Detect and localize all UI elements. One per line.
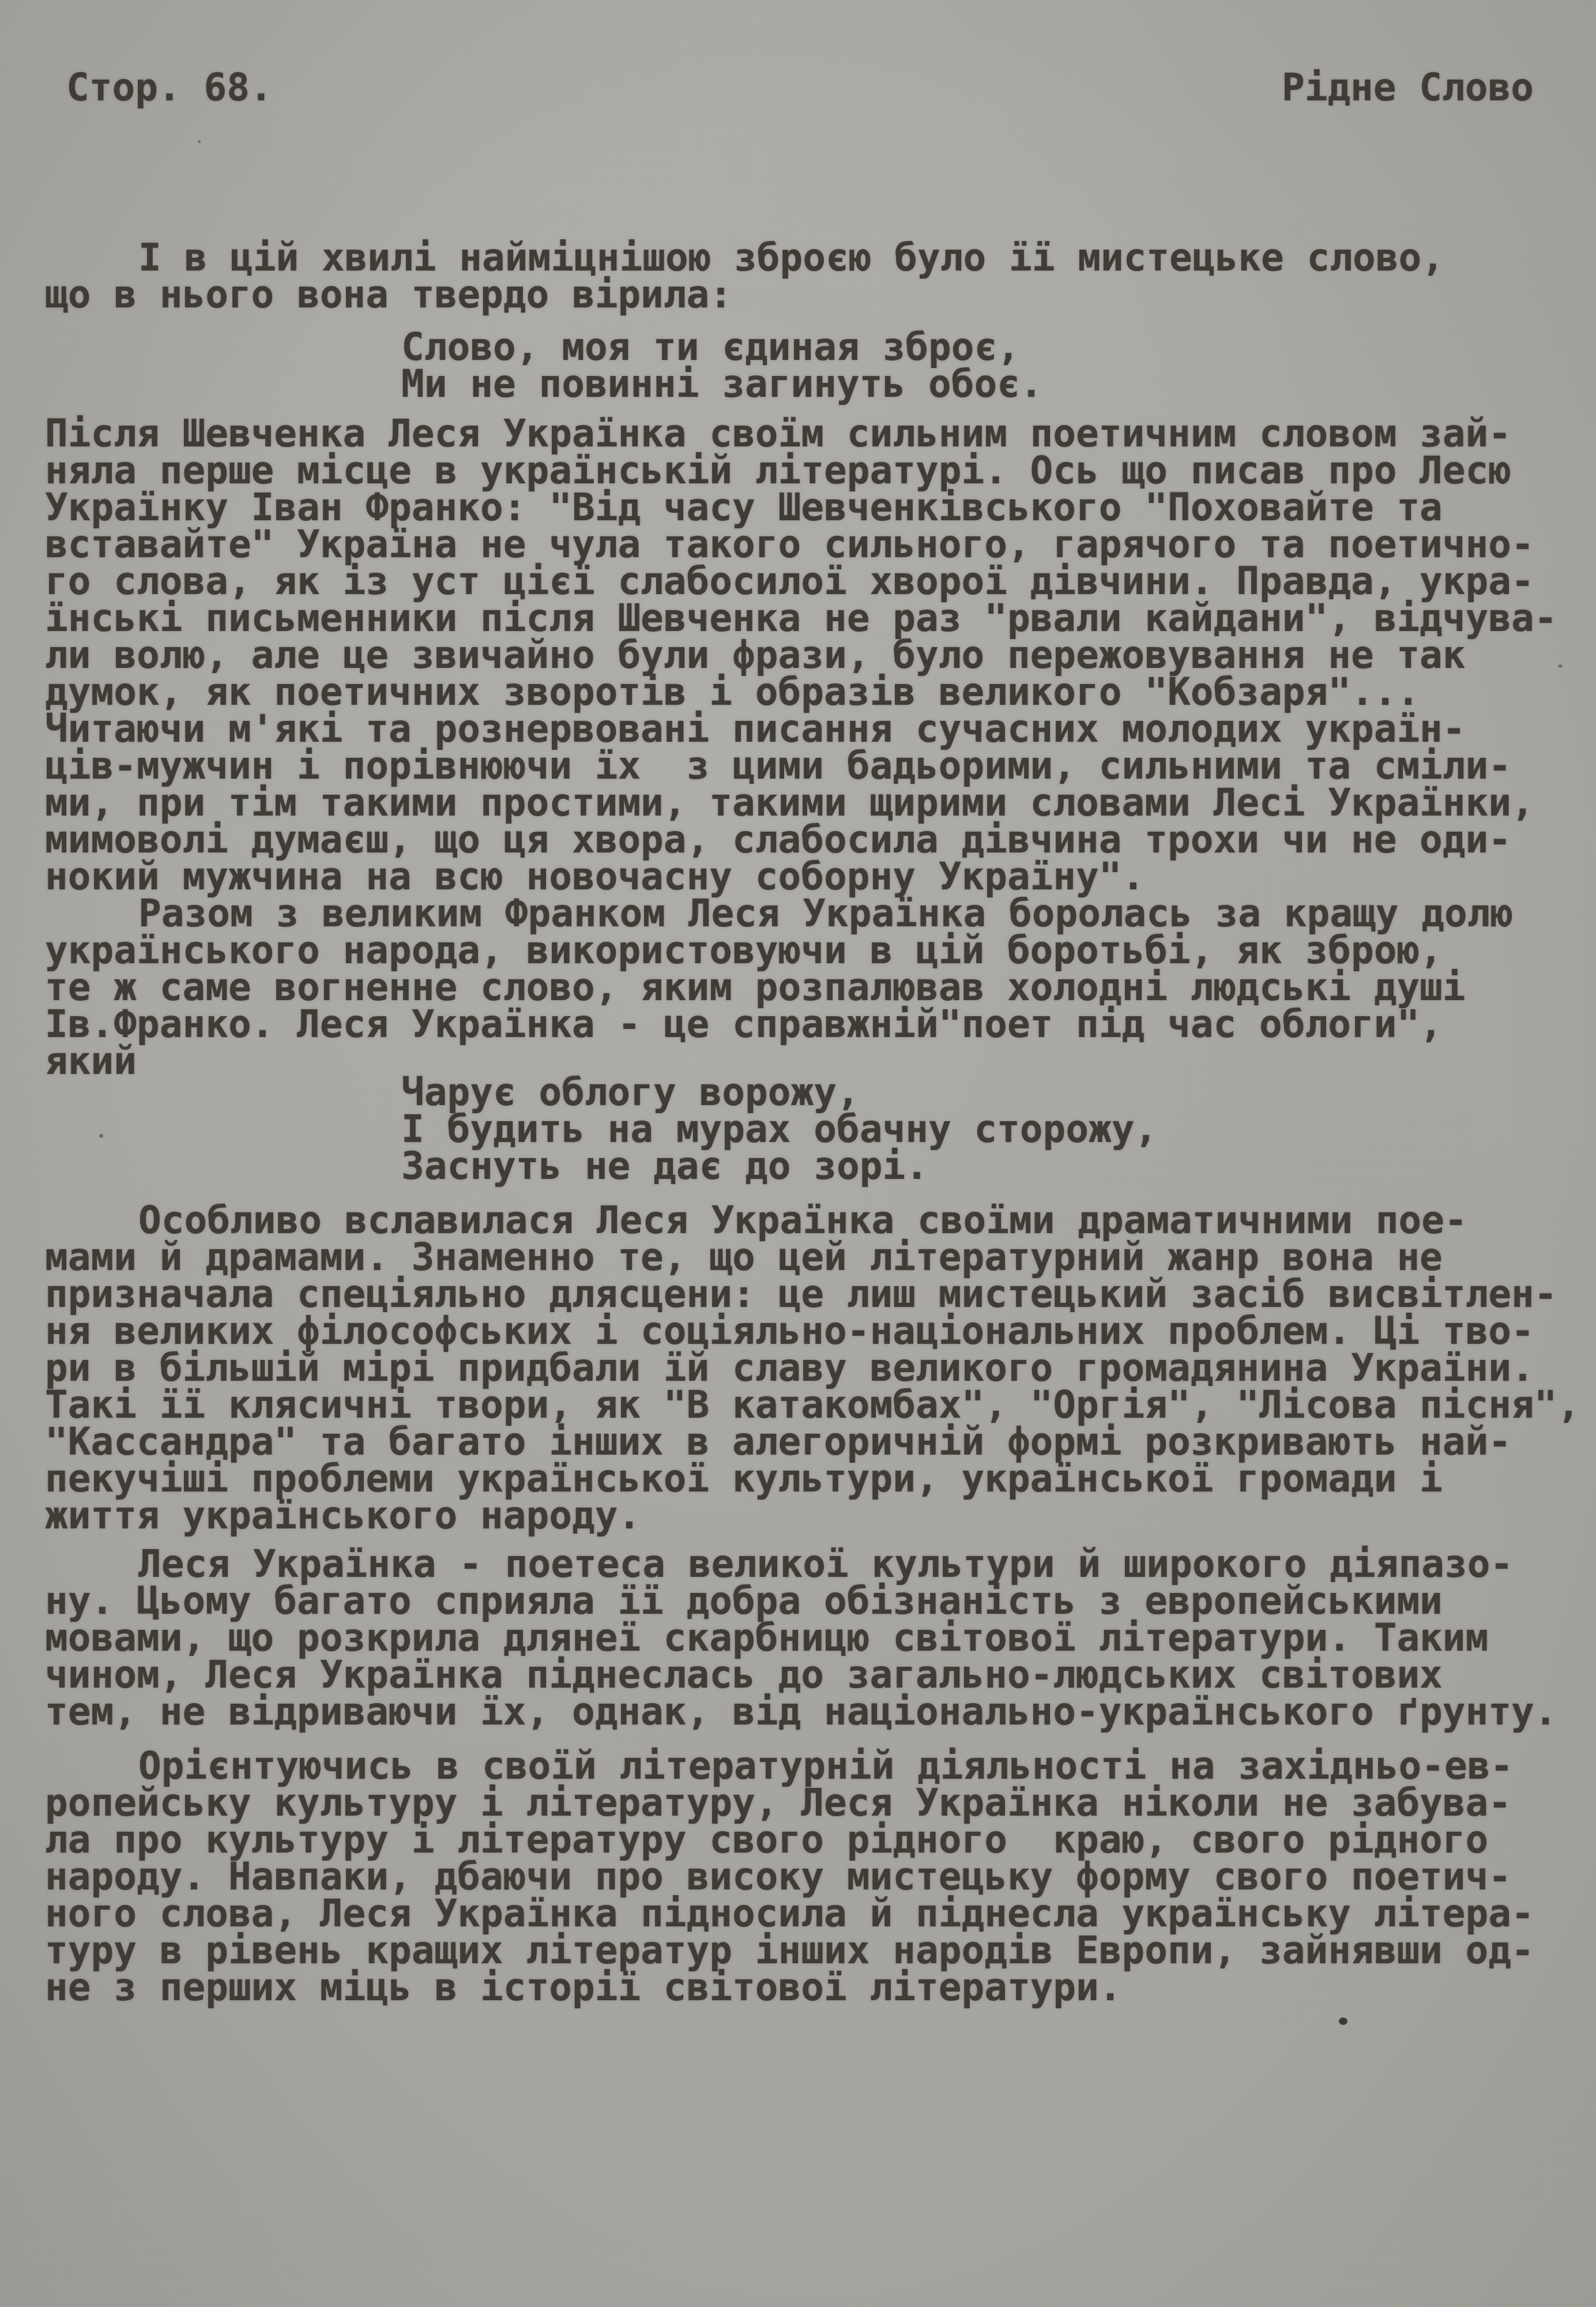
verse-line: Чарує облогу ворожу, — [401, 1074, 1573, 1111]
typed-line: Такі її клясичні твори, як "В катакомбах… — [45, 1387, 1573, 1423]
typed-line: нокий мужчина на всю новочасну соборну У… — [45, 858, 1573, 895]
scanned-document-page: Стор. 68. Рідне Слово І в цій хвилі найм… — [0, 0, 1596, 2307]
verse-quote-1: Слово, моя ти єдиная зброє, Ми не повинн… — [401, 329, 1573, 403]
typed-line: Разом з великим Франком Леся Українка бо… — [45, 895, 1573, 932]
typed-line: туру в рівень кращих літератур інших нар… — [45, 1932, 1573, 1969]
typed-line: життя українського народу. — [45, 1497, 1573, 1534]
paragraph-franko-quote: Після Шевченка Леся Українка своїм сильн… — [45, 415, 1573, 895]
typed-line: пекучіші проблеми української культури, … — [45, 1460, 1573, 1497]
ink-speck — [1558, 664, 1563, 668]
ink-speck — [1339, 2017, 1347, 2025]
paragraph-culture: Леся Українка - поетеса великої культури… — [45, 1546, 1573, 1730]
typed-line: ня великих філософських і соціяльно-наці… — [45, 1313, 1573, 1350]
typed-line: Читаючи м'які та рознервовані писання су… — [45, 711, 1573, 747]
typed-line: народу. Навпаки, дбаючи про високу мисте… — [45, 1858, 1573, 1895]
typed-line: ла про культуру і літературу свого рідно… — [45, 1821, 1573, 1858]
typed-line: ли волю, але це звичайно були фрази, бул… — [45, 637, 1573, 674]
typed-line: думок, як поетичних зворотів і образів в… — [45, 674, 1573, 711]
typed-line: мами й драмами. Знаменно те, що цей літе… — [45, 1239, 1573, 1276]
typed-line: ми, при тім такими простими, такими щири… — [45, 784, 1573, 821]
typed-line: ного слова, Леся Українка підносила й пі… — [45, 1895, 1573, 1932]
typed-line: Після Шевченка Леся Українка своїм сильн… — [45, 415, 1573, 452]
typed-line: ців-мужчин і порівнюючи їх з цими бадьор… — [45, 747, 1573, 784]
ink-speck — [198, 140, 201, 143]
typed-line: призначала спеціяльно длясцени: це лиш м… — [45, 1276, 1573, 1313]
typed-line: не з перших міць в історії світової літе… — [45, 1969, 1573, 2006]
typed-line: няла перше місце в українській літератур… — [45, 452, 1573, 489]
typed-line: їнські письменники після Шевченка не раз… — [45, 600, 1573, 637]
typed-line: вставайте" Україна не чула такого сильно… — [45, 526, 1573, 563]
page-number: Стор. 68. — [66, 69, 273, 106]
typed-line: ропейську культуру і літературу, Леся Ук… — [45, 1784, 1573, 1821]
typed-line: мимоволі думаєш, що ця хвора, слабосила … — [45, 821, 1573, 858]
typed-line: "Кассандра" та багато інших в алегоричні… — [45, 1423, 1573, 1460]
typed-line: Особливо вславилася Леся Українка своїми… — [45, 1202, 1573, 1239]
typed-line: ну. Цьому багато сприяла її добра обізна… — [45, 1583, 1573, 1620]
page-header: Стор. 68. Рідне Слово — [0, 0, 1596, 106]
typed-line: Леся Українка - поетеса великої культури… — [45, 1546, 1573, 1583]
journal-title: Рідне Слово — [1282, 69, 1534, 106]
paragraph-struggle: Разом з великим Франком Леся Українка бо… — [45, 895, 1573, 1080]
typed-text-body: І в цій хвилі найміцнішою зброєю було її… — [0, 239, 1596, 2006]
verse-line: І будить на мурах обачну сторожу, — [401, 1111, 1573, 1148]
typed-line: те ж саме вогненне слово, яким розпалюва… — [45, 969, 1573, 1006]
typed-line: го слова, як із уст цієї слабосилої хвор… — [45, 563, 1573, 600]
typed-line: І в цій хвилі найміцнішою зброєю було її… — [45, 239, 1573, 276]
typed-line: ри в більшій мірі придбали їй славу вели… — [45, 1350, 1573, 1387]
typed-line: Ів.Франко. Леся Українка - це справжній"… — [45, 1006, 1573, 1043]
ink-speck — [99, 1134, 103, 1138]
typed-line: що в нього вона твердо вірила: — [45, 276, 1573, 313]
verse-line: Заснуть не дає до зорі. — [401, 1148, 1573, 1185]
verse-quote-2: Чарує облогу ворожу, І будить на мурах о… — [401, 1074, 1573, 1185]
typed-line: мовами, що розкрила длянеї скарбницю сві… — [45, 1620, 1573, 1656]
typed-line: Українку Іван Франко: "Від часу Шевченкі… — [45, 489, 1573, 526]
paragraph-conclusion: Орієнтуючись в своїй літературній діяльн… — [45, 1748, 1573, 2006]
verse-line: Ми не повинні загинуть обоє. — [401, 366, 1573, 403]
typed-line: Орієнтуючись в своїй літературній діяльн… — [45, 1748, 1573, 1784]
paragraph-intro: І в цій хвилі найміцнішою зброєю було її… — [45, 239, 1573, 313]
typed-line: українського народа, використовуючи в ці… — [45, 932, 1573, 969]
typed-line: тем, не відриваючи їх, однак, від націон… — [45, 1693, 1573, 1730]
verse-line: Слово, моя ти єдиная зброє, — [401, 329, 1573, 366]
typed-line: чином, Леся Українка піднеслась до загал… — [45, 1656, 1573, 1693]
paragraph-dramas: Особливо вславилася Леся Українка своїми… — [45, 1202, 1573, 1534]
